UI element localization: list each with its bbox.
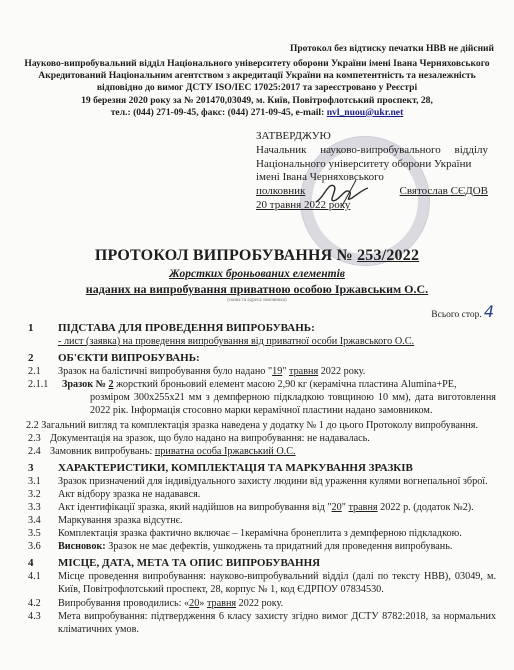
- section-heading: ХАРАКТЕРИСТИКИ, КОМПЛЕКТАЦІЯ ТА МАРКУВАН…: [58, 462, 496, 475]
- contact-text: тел.: (044) 271-09-45, факс: (044) 271-0…: [111, 107, 327, 118]
- position-word: відділу: [455, 144, 489, 158]
- approval-heading: ЗАТВЕРДЖУЮ: [256, 130, 488, 144]
- customer-name: приватна особа Іржавський О.С.: [155, 446, 296, 457]
- conclusion-label: Висновок:: [58, 541, 106, 552]
- section-heading: ОБ'ЄКТИ ВИПРОБУВАНЬ:: [58, 352, 496, 365]
- total-pages: Всього стор.4: [431, 302, 494, 321]
- header-line: Науково-випробувальний відділ Національн…: [0, 58, 514, 70]
- approval-block: ЗАТВЕРДЖУЮ Начальник науково-випробуваль…: [256, 130, 488, 213]
- header-line: 19 березня 2020 року за № 201470,03049, …: [0, 95, 514, 107]
- protocol-number: 253/2022: [357, 247, 419, 264]
- section-heading: ПІДСТАВА ДЛЯ ПРОВЕДЕННЯ ВИПРОБУВАНЬ:: [58, 322, 496, 335]
- approval-org-line: імені Івана Черняховського: [256, 171, 488, 185]
- section-heading: МІСЦЕ, ДАТА, МЕТА ТА ОПИС ВИПРОБУВАННЯ: [58, 557, 496, 570]
- header-contact-line: тел.: (044) 271-09-45, факс: (044) 271-0…: [0, 107, 514, 119]
- total-pages-value: 4: [484, 302, 494, 321]
- position-word: науково-випробувального: [320, 144, 441, 158]
- header-line: Акредитований Національним агентством з …: [0, 70, 514, 82]
- approver-name: Святослав СЄДОВ: [400, 185, 488, 199]
- validity-notice: Протокол без відтиску печатки НВВ не дій…: [290, 44, 494, 54]
- organization-header: Науково-випробувальний відділ Національн…: [0, 58, 514, 119]
- document-subtitle: Жорстких броньованих елементів: [0, 268, 514, 280]
- approval-date: 20 травня 2022 року: [256, 199, 488, 213]
- approval-signature-line: полковник Святослав СЄДОВ: [256, 185, 488, 199]
- document-customer-line: наданих на випробування приватною особою…: [0, 282, 514, 297]
- document-title: ПРОТОКОЛ ВИПРОБУВАННЯ № 253/2022: [0, 247, 514, 265]
- email-link[interactable]: nvl_nuou@ukr.net: [327, 107, 404, 118]
- approver-rank: полковник: [256, 185, 333, 199]
- approval-org-line: Національного університету оборони Украї…: [256, 158, 488, 172]
- header-line: відповідно до вимог ДСТУ ISO/IEC 17025:2…: [0, 82, 514, 94]
- approval-position-line: Начальник науково-випробувального відділ…: [256, 144, 488, 158]
- position-word: Начальник: [256, 144, 307, 158]
